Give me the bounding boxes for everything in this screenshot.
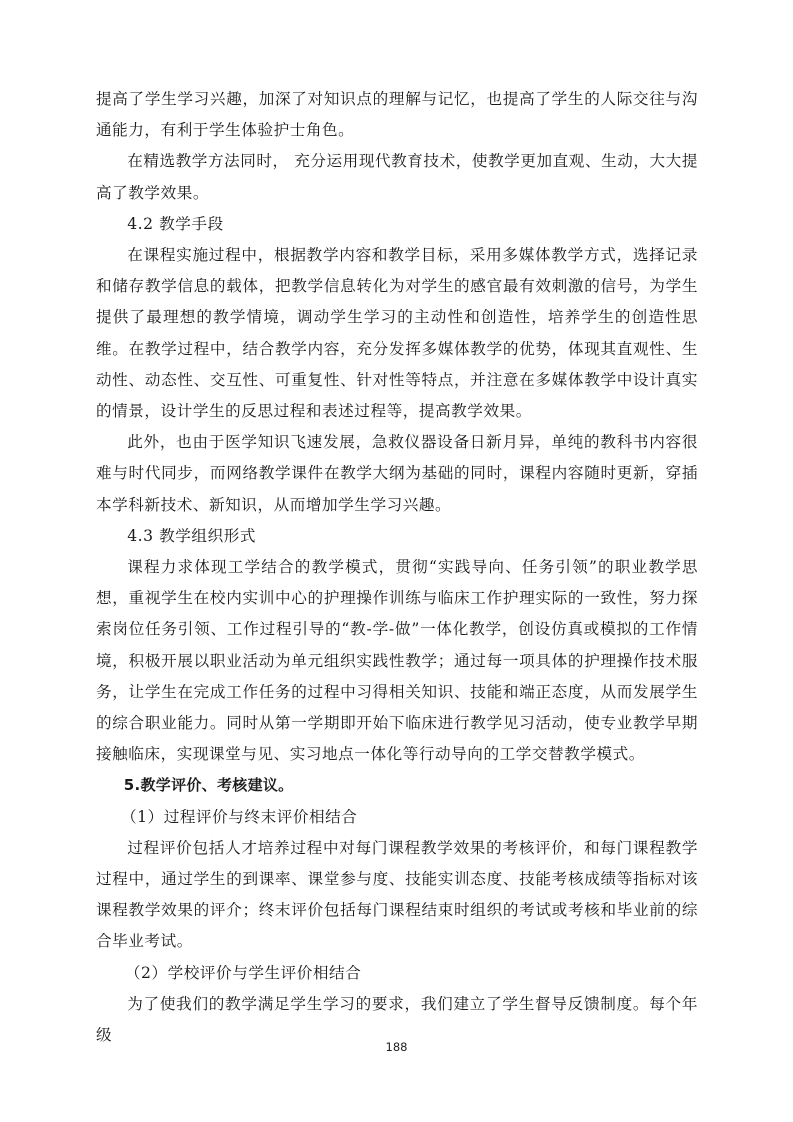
subheading-school-student-evaluation: （2）学校评价与学生评价相结合 [96,958,698,989]
paragraph-teaching-methods: 在精选教学方法同时， 充分运用现代教育技术，使教学更加直观、生动，大大提高了教学… [96,146,698,208]
section-heading-4-2: 4.2 教学手段 [96,209,698,240]
paragraph-network-courseware: 此外，也由于医学知识飞速发展，急救仪器设备日新月异，单纯的教科书内容很难与时代同… [96,427,698,521]
paragraph-continuation: 提高了学生学习兴趣，加深了对知识点的理解与记忆，也提高了学生的人际交往与沟通能力… [96,84,698,146]
paragraph-process-evaluation: 过程评价包括人才培养过程中对每门课程教学效果的考核评价，和每门课程教学过程中，通… [96,833,698,958]
page-number: 188 [0,1040,793,1054]
subheading-process-evaluation: （1）过程评价与终末评价相结合 [96,802,698,833]
section-heading-5: 5.教学评价、考核建议。 [96,770,698,801]
paragraph-teaching-organization: 课程力求体现工学结合的教学模式，贯彻“实践导向、任务引领”的职业教学思想，重视学… [96,552,698,770]
section-heading-4-3: 4.3 教学组织形式 [96,521,698,552]
document-page: 提高了学生学习兴趣，加深了对知识点的理解与记忆，也提高了学生的人际交往与沟通能力… [96,84,698,1051]
paragraph-multimedia-teaching: 在课程实施过程中，根据教学内容和教学目标，采用多媒体教学方式，选择记录和储存教学… [96,240,698,427]
